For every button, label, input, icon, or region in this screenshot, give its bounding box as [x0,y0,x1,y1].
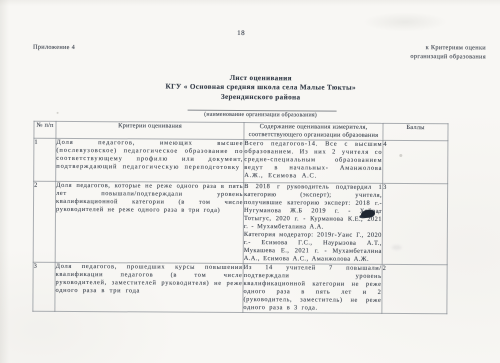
criteria-reference-note: к Критериям оценки организаций образован… [326,43,486,62]
row-3-criteria: Доля педагогов, прошедших курсы повышени… [55,262,243,312]
row-2-number: 2 [33,181,55,262]
row-3-number: 3 [33,262,55,311]
row-2-score: 3 [382,183,447,264]
row-3-content-text: Из 14 учителей 7 повышали/подтверждали у… [243,264,381,313]
header-criteria: Критерии оценивания [56,121,244,139]
row-2-content-paragraph-2: Категория модератор: 2019г-Уаис Г., 2020… [244,231,382,264]
row-2-content: В 2018 г руководитель подтвердил 1 катег… [243,183,382,265]
row-3-content: Из 14 учителей 7 повышали/подтверждали у… [243,264,382,314]
page-number: 18 [1,28,481,39]
scan-speck-artifact [57,112,59,114]
reference-line-2: организаций образования [326,52,486,62]
table-row: 2 Доля педагогов, которые не реже одного… [33,181,447,265]
scanned-document-page: 18 Приложение 4 к Критериям оценки орган… [0,0,500,363]
evaluation-table: № п/п Критерии оценивания Содержание оце… [32,121,448,315]
row-1-number: 1 [34,138,56,181]
district-name: Зерендинского района [61,92,461,104]
header-content: Содержание оценивания измерителя, соотве… [244,123,383,141]
table-row: 1 Доля педагогов, имеющих высшее (послев… [34,138,448,184]
row-3-score: 2 [382,264,447,313]
row-2-content-paragraph-1: В 2018 г руководитель подтвердил 1 катег… [244,183,382,232]
row-1-score: 4 [383,140,448,183]
row-1-content: Всего педагогов-14. Все с высшим образов… [244,140,383,184]
pen-plus-mark: + [377,211,380,217]
appendix-label: Приложение 4 [33,44,75,51]
table-row: 3 Доля педагогов, прошедших курсы повыше… [33,262,447,314]
title-block: Лист оценивания КГУ « Основная средняя ш… [61,73,461,104]
scan-speck-artifact [399,154,402,157]
header-score: Баллы [383,123,448,140]
row-1-criteria: Доля педагогов, имеющих высшее (послевуз… [56,138,244,182]
row-1-content-text: Всего педагогов-14. Все с высшим образов… [244,140,382,181]
scan-smudge-artifact [392,245,402,250]
header-num: № п/п [34,121,56,138]
row-2-criteria: Доля педагогов, которые не реже одного р… [55,181,243,263]
page-content: 18 Приложение 4 к Критериям оценки орган… [0,0,500,363]
org-name-caption: (наименование организации образования) [111,111,411,119]
